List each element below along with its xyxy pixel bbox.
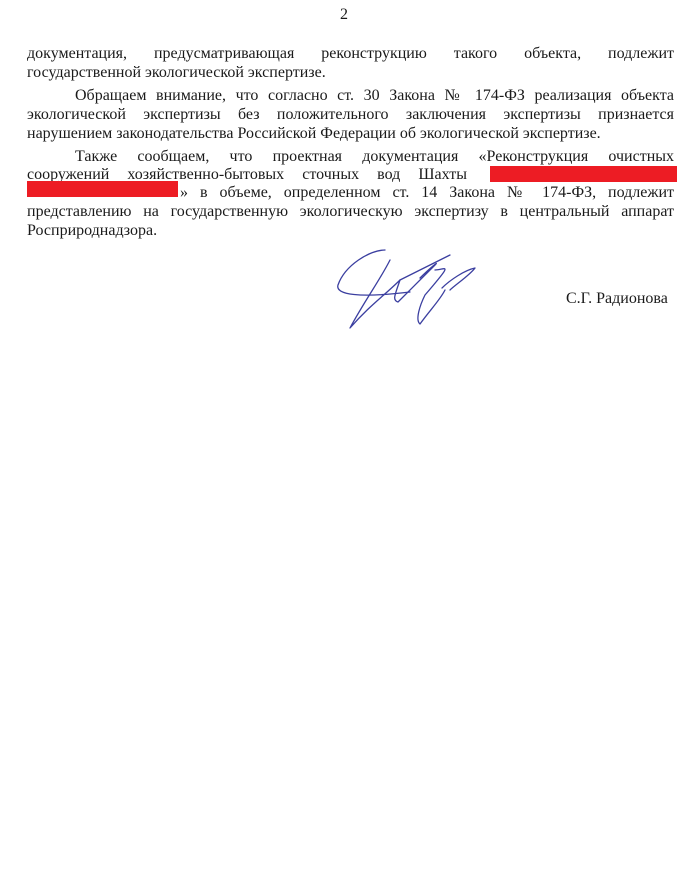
signature-image bbox=[330, 240, 530, 335]
text-line: документация, предусматривающая реконстр… bbox=[27, 45, 674, 63]
text-line: Росприроднадзора. bbox=[27, 222, 674, 240]
redaction-box bbox=[490, 166, 677, 182]
text-line: » в объеме, определенном ст. 14 Закона №… bbox=[180, 184, 674, 202]
text-line: нарушением законодательства Российской Ф… bbox=[27, 125, 674, 143]
text-line: представлению на государственную экологи… bbox=[27, 203, 674, 221]
redaction-box bbox=[27, 181, 178, 197]
signer-name: С.Г. Радионова bbox=[566, 290, 668, 308]
text-line: Обращаем внимание, что согласно ст. 30 З… bbox=[75, 87, 674, 105]
text-line: Также сообщаем, что проектная документац… bbox=[75, 148, 674, 166]
text-line: государственной экологической экспертизе… bbox=[27, 64, 674, 82]
text-line: экологической экспертизы без положительн… bbox=[27, 106, 674, 124]
page-number: 2 bbox=[0, 6, 688, 24]
